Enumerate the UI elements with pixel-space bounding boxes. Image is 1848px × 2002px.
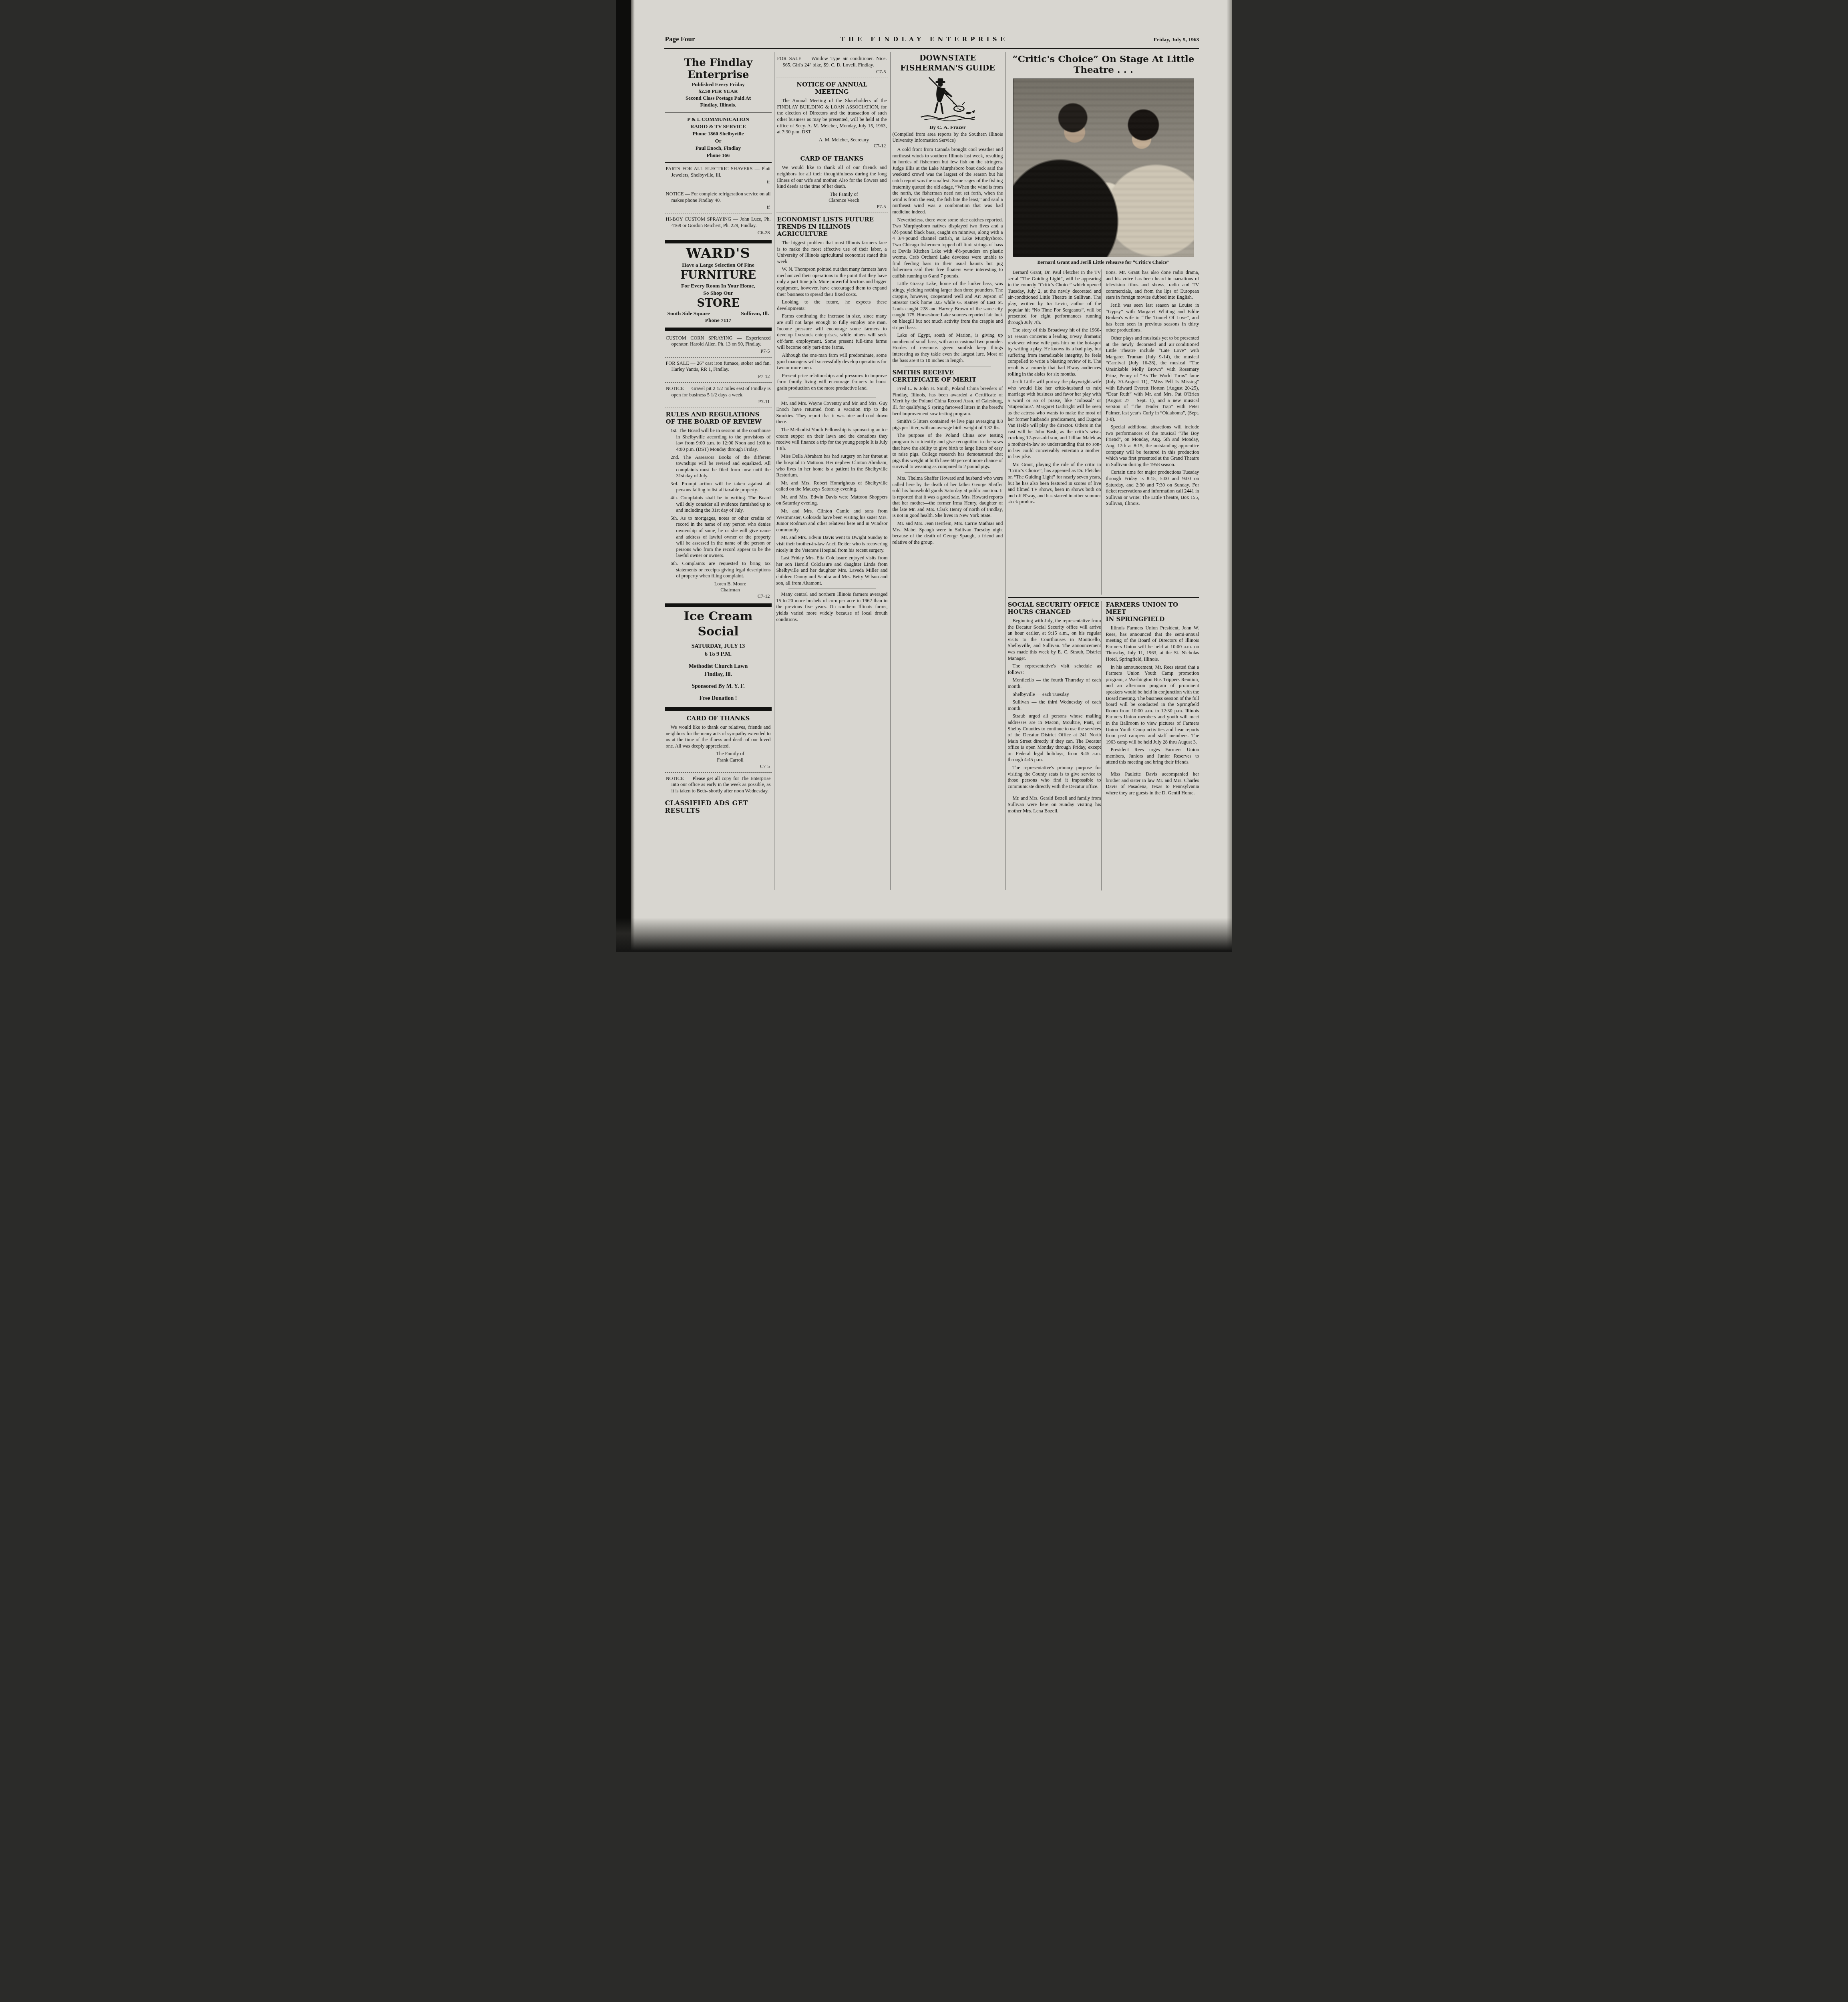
article-title: AGRICULTURE (777, 230, 887, 237)
signature: Frank Carroll (666, 757, 771, 764)
card-of-thanks-veech: CARD OF THANKS We would like to thank al… (776, 152, 888, 213)
critics-choice-column-left: Bernard Grant, Dr. Paul Fletcher in the … (1008, 269, 1101, 595)
newspaper-title: THE FINDLAY ENTERPRISE (695, 36, 1154, 43)
paragraph: Little Grassy Lake, home of the lunker b… (893, 281, 1003, 331)
paragraph: The biggest problem that most Illinois f… (777, 240, 887, 265)
article-title: MEETING (777, 88, 887, 95)
paragraph: Special additional attractions will incl… (1106, 424, 1199, 468)
paragraph: Nevertheless, there were some nice catch… (893, 217, 1003, 279)
news-item: Miss Della Abraham has had surgery on he… (776, 453, 888, 478)
annual-meeting-notice: NOTICE OF ANNUAL MEETING The Annual Meet… (776, 78, 888, 152)
ad-line: South Side Square (668, 310, 710, 317)
article-title: SMITHS RECEIVE (893, 369, 1003, 376)
bozell-news-item: Mr. and Mrs. Gerald Bozell and family fr… (1008, 795, 1101, 814)
ice-cream-social-ad: Ice Cream Social SATURDAY, JULY 13 6 To … (665, 603, 772, 711)
ad-line: Paul Enoch, Findlay (665, 145, 772, 152)
ad-line: Phone 166 (665, 152, 772, 159)
paragraph: Farms continuing the increase in size, s… (777, 313, 887, 351)
paragraph: 6th. Complaints are requested to bring t… (666, 561, 771, 579)
smiths-certificate-article: SMITHS RECEIVE CERTIFICATE OF MERIT Fred… (893, 369, 1003, 470)
paragraph: Jerili was seen last season as Louise in… (1106, 302, 1199, 334)
page-number-label: Page Four (665, 35, 695, 43)
furnace-for-sale-ad: FOR SALE — 26" cast iron furnace, stoker… (665, 358, 772, 383)
ad-line: Phone 1860 Shelbyville (665, 130, 772, 137)
corn-spraying-ad: CUSTOM CORN SPRAYING — Experienced opera… (665, 332, 772, 358)
howard-news-items: Mrs. Thelma Shaffer Howard and husband w… (893, 475, 1003, 546)
signature: The Family of (666, 751, 771, 757)
news-item: Mr. and Mrs. Clinton Camic and sons from… (776, 508, 888, 533)
paragraph: The representative's visit schedule as f… (1008, 663, 1101, 675)
ad-title: WARD'S (665, 245, 772, 261)
article-title: FISHERMAN'S GUIDE (893, 64, 1003, 73)
ad-line: 6 To 9 P.M. (665, 651, 772, 659)
article-title: FARMERS UNION TO MEET (1106, 601, 1199, 615)
article-title: NOTICE OF ANNUAL (777, 81, 887, 88)
critics-choice-headline: “Critic's Choice” On Stage At Little The… (1008, 54, 1199, 75)
paragraph: The Annual Meeting of the Shareholders o… (777, 98, 887, 135)
ad-code: C7-5 (777, 69, 886, 74)
ad-code: P7-5 (666, 348, 770, 354)
signature: The Family of (777, 191, 887, 198)
news-item: The Methodist Youth Fellowship is sponso… (776, 427, 888, 452)
paragraph: FOR SALE — 26" cast iron furnace, stoker… (666, 360, 771, 373)
refrigeration-notice: NOTICE — For complete refrigeration serv… (665, 188, 772, 213)
news-item: Mr. and Mrs. Edwin Davis went to Dwight … (776, 535, 888, 553)
news-item: Mrs. Thelma Shaffer Howard and husband w… (893, 475, 1003, 519)
paragraph: Mr. Grant, playing the role of the criti… (1008, 462, 1101, 505)
ad-code: C7-12 (666, 593, 770, 599)
article-title: ECONOMIST LISTS FUTURE (777, 216, 887, 223)
paragraph: CUSTOM CORN SPRAYING — Experienced opera… (666, 335, 771, 348)
signature: A. M. Melcher, Secretary (777, 137, 887, 143)
paragraph: Other plays and musicals yet to be prese… (1106, 335, 1199, 422)
column-1: The Findlay Enterprise Published Every F… (665, 53, 772, 890)
ad-line: Or (665, 137, 772, 145)
paragraph: Bernard Grant, Dr. Paul Fletcher in the … (1008, 269, 1101, 326)
feature-photo (1013, 78, 1194, 257)
section-rule (905, 472, 991, 473)
board-of-review-rules: RULES AND REGULATIONS OF THE BOARD OF RE… (665, 408, 772, 602)
article-title: OF THE BOARD OF REVIEW (666, 418, 771, 425)
scan-edge-left-shadow (631, 0, 635, 952)
paragraph: We would like to thank all of our friend… (777, 165, 887, 189)
ad-line: Sullivan, Ill. (741, 310, 769, 317)
news-item: Last Friday Mrs. Etta Colclasure enjoyed… (776, 555, 888, 586)
ad-line: FURNITURE (665, 269, 772, 282)
window-ac-for-sale-ad: FOR SALE — Window Type air conditioner. … (776, 53, 888, 78)
paragraph: Shelbyville — each Tuesday (1008, 691, 1101, 698)
paragraph: A cold front from Canada brought cool we… (893, 147, 1003, 215)
news-item: Mr. and Mrs. Wayne Coventry and Mr. and … (776, 400, 888, 425)
ad-code: P7-11 (666, 399, 770, 404)
paragraph: W. N. Thompson pointed out that many far… (777, 266, 887, 297)
article-title: IN SPRINGFIELD (1106, 615, 1199, 623)
scan-edge-bottom (616, 918, 1232, 952)
ad-line: Findlay, Ill. (665, 671, 772, 679)
ad-line: For Every Room In Your Home, (665, 282, 772, 289)
article-title: CARD OF THANKS (666, 715, 771, 722)
feature-section: “Critic's Choice” On Stage At Little The… (1008, 53, 1199, 890)
paragraph: Fred L. & John H. Smith, Poland China br… (893, 386, 1003, 417)
paragraph: NOTICE — Please get all copy for The Ent… (666, 776, 771, 794)
paragraph: The story of this Broadway hit of the 19… (1008, 327, 1101, 377)
paragraph: Sullivan — the third Wednesday of each m… (1008, 699, 1101, 712)
paragraph: 5th. As to mortgages, notes or other cre… (666, 515, 771, 559)
social-security-article: SOCIAL SECURITY OFFICE HOURS CHANGED Beg… (1008, 601, 1101, 890)
paragraph: Illinois Farmers Union President, John W… (1106, 625, 1199, 663)
hiboy-spraying-ad: HI-BOY CUSTOM SPRAYING — John Luce, Ph. … (665, 213, 772, 238)
paragraph: 3rd. Prompt action will be taken against… (666, 481, 771, 493)
critics-choice-column-right: tions. Mr. Grant has also done radio dra… (1101, 269, 1199, 595)
section-rule (1008, 597, 1199, 598)
article-title: CERTIFICATE OF MERIT (893, 376, 1003, 383)
paragraph: NOTICE — For complete refrigeration serv… (666, 191, 771, 203)
paragraph: Monticello — the fourth Thursday of each… (1008, 677, 1101, 689)
news-item: Mr. and Mrs. Jean Herrlein, Mrs. Carrie … (893, 521, 1003, 545)
paragraph: In his announcement, Mr. Rees stated tha… (1106, 664, 1199, 746)
scan-edge-right (1227, 0, 1232, 952)
signature: Loren B. Moore (666, 581, 771, 587)
section-rule (788, 398, 876, 398)
signature: Chairman (666, 587, 771, 593)
column-divider (1005, 52, 1006, 890)
news-item: Mr. and Mrs. Robert Homrighous of Shelby… (776, 480, 888, 492)
paragraph: We would like to thank our relatives, fr… (666, 724, 771, 749)
ad-line: Sponsored By M. Y. F. (665, 683, 772, 691)
heavy-rule (665, 328, 772, 331)
section-rule (905, 366, 991, 366)
article-title: RULES AND REGULATIONS (666, 411, 771, 418)
column-3: DOWNSTATE FISHERMAN'S GUIDE (893, 53, 1003, 890)
paragraph: Beginning with July, the representative … (1008, 618, 1101, 661)
ad-line: SATURDAY, JULY 13 (665, 643, 772, 651)
paragraph: Present price relationships and pressure… (777, 373, 887, 392)
article-title: TRENDS IN ILLINOIS (777, 223, 887, 230)
ad-line: Have a Large Selection Of Fine (665, 261, 772, 269)
gravel-pit-notice: NOTICE — Gravel pit 2 1/2 miles east of … (665, 383, 772, 408)
ad-code: P7-12 (666, 374, 770, 379)
fishermans-guide-article: DOWNSTATE FISHERMAN'S GUIDE (893, 54, 1003, 364)
newspaper-page-scan: Page Four THE FINDLAY ENTERPRISE Friday,… (616, 0, 1232, 952)
signature: Clarence Veech (777, 197, 887, 204)
ad-line: STORE (665, 297, 772, 310)
paragraph: Curtain time for major productions Tuesd… (1106, 469, 1199, 507)
column-2: FOR SALE — Window Type air conditioner. … (776, 53, 888, 890)
column-divider (774, 52, 774, 890)
masthead-line: Findlay, Illinois. (665, 101, 772, 108)
paragraph: Smith's 5 litters contained 44 live pigs… (893, 418, 1003, 431)
paragraph: NOTICE — Gravel pit 2 1/2 miles east of … (666, 386, 771, 398)
news-item: Mr. and Mrs. Edwin Davis were Mattoon Sh… (776, 494, 888, 507)
article-title: SOCIAL SECURITY OFFICE (1008, 601, 1101, 608)
issue-date: Friday, July 5, 1963 (1154, 36, 1199, 43)
paragraph: Jerili Little will portray the playwrigh… (1008, 379, 1101, 460)
column-divider (890, 52, 891, 890)
article-title: CARD OF THANKS (777, 155, 887, 162)
section-rule (788, 589, 876, 589)
ad-line: P & L COMMUNICATION (665, 116, 772, 123)
radio-tv-ad: P & L COMMUNICATION RADIO & TV SERVICE P… (665, 113, 772, 163)
paragraph: FOR SALE — Window Type air conditioner. … (777, 56, 887, 68)
photo-caption: Bernard Grant and Jerili Little rehearse… (1008, 259, 1199, 265)
fisherman-illustration (914, 75, 982, 123)
davis-news-item: Miss Paulette Davis accompanied her brot… (1106, 771, 1199, 796)
heavy-rule (665, 240, 772, 243)
heavy-rule (665, 603, 772, 607)
card-of-thanks-carroll: CARD OF THANKS We would like to thank ou… (665, 712, 772, 773)
paragraph: Straub urged all persons whose mailing a… (1008, 713, 1101, 763)
article-title: HOURS CHANGED (1008, 608, 1101, 615)
ad-line: Free Donation ! (665, 695, 772, 703)
heavy-rule (665, 707, 772, 711)
ad-title: Ice Cream Social (665, 609, 772, 639)
paragraph: tions. Mr. Grant has also done radio dra… (1106, 269, 1199, 301)
masthead-title: The Findlay Enterprise (665, 57, 772, 81)
news-item: Many central and northern Illinois farme… (776, 591, 888, 623)
masthead-line: $2.50 PER YEAR (665, 88, 772, 94)
wards-furniture-ad: WARD'S Have a Large Selection Of Fine FU… (665, 240, 772, 331)
ad-code: C7-5 (666, 764, 770, 769)
ad-code: C6-28 (666, 230, 770, 235)
paragraph: Although the one-man farm will predomina… (777, 352, 887, 371)
scan-edge-left (616, 0, 631, 952)
ad-code: P7-5 (777, 204, 886, 209)
paragraph: President Rees urges Farmers Union membe… (1106, 747, 1199, 766)
paragraph: HI-BOY CUSTOM SPRAYING — John Luce, Ph. … (666, 216, 771, 229)
article-title: DOWNSTATE (893, 54, 1003, 63)
ad-line: Phone 7117 (665, 317, 772, 324)
paragraph: The purpose of the Poland China sow test… (893, 432, 1003, 470)
credit-line: (Compiled from area reports by the South… (893, 131, 1003, 143)
farmers-union-article: FARMERS UNION TO MEET IN SPRINGFIELD Ill… (1101, 601, 1199, 890)
paragraph: PARTS FOR ALL ELECTRIC SHAVERS — Platt J… (666, 166, 771, 178)
byline: By C. A. Frazer (893, 124, 1003, 131)
header-rule (664, 48, 1199, 49)
classified-slogan: CLASSIFIED ADS GET RESULTS (665, 799, 772, 814)
masthead-line: Published Every Friday (665, 81, 772, 88)
ad-code: tf (666, 179, 770, 185)
ad-code: C7-12 (777, 143, 886, 149)
shavers-ad: PARTS FOR ALL ELECTRIC SHAVERS — Platt J… (665, 163, 772, 188)
paragraph: 1st. The Board will be in session at the… (666, 428, 771, 452)
ad-line: So Shop Our (665, 289, 772, 297)
critics-choice-body: Bernard Grant, Dr. Paul Fletcher in the … (1008, 269, 1199, 595)
copy-deadline-notice: NOTICE — Please get all copy for The Ent… (665, 773, 772, 797)
ad-code: tf (666, 204, 770, 210)
ad-line: Methodist Church Lawn (665, 663, 772, 671)
paragraph: The representative's primary purpose for… (1008, 765, 1101, 790)
paragraph: Looking to the future, he expects these … (777, 299, 887, 312)
paragraph: 4th. Complaints shall be in writing. The… (666, 495, 771, 514)
masthead-box: The Findlay Enterprise Published Every F… (665, 53, 772, 113)
local-news-items: Mr. and Mrs. Wayne Coventry and Mr. and … (776, 400, 888, 623)
ad-line: RADIO & TV SERVICE (665, 123, 772, 130)
paragraph: 2nd. The Assessors Books of the differen… (666, 454, 771, 479)
masthead-line: Second Class Postage Paid At (665, 94, 772, 101)
page-header: Page Four THE FINDLAY ENTERPRISE Friday,… (665, 35, 1199, 43)
paragraph: Lake of Egypt, south of Marion, is givin… (893, 332, 1003, 364)
economist-trends-article: ECONOMIST LISTS FUTURE TRENDS IN ILLINOI… (776, 213, 888, 395)
